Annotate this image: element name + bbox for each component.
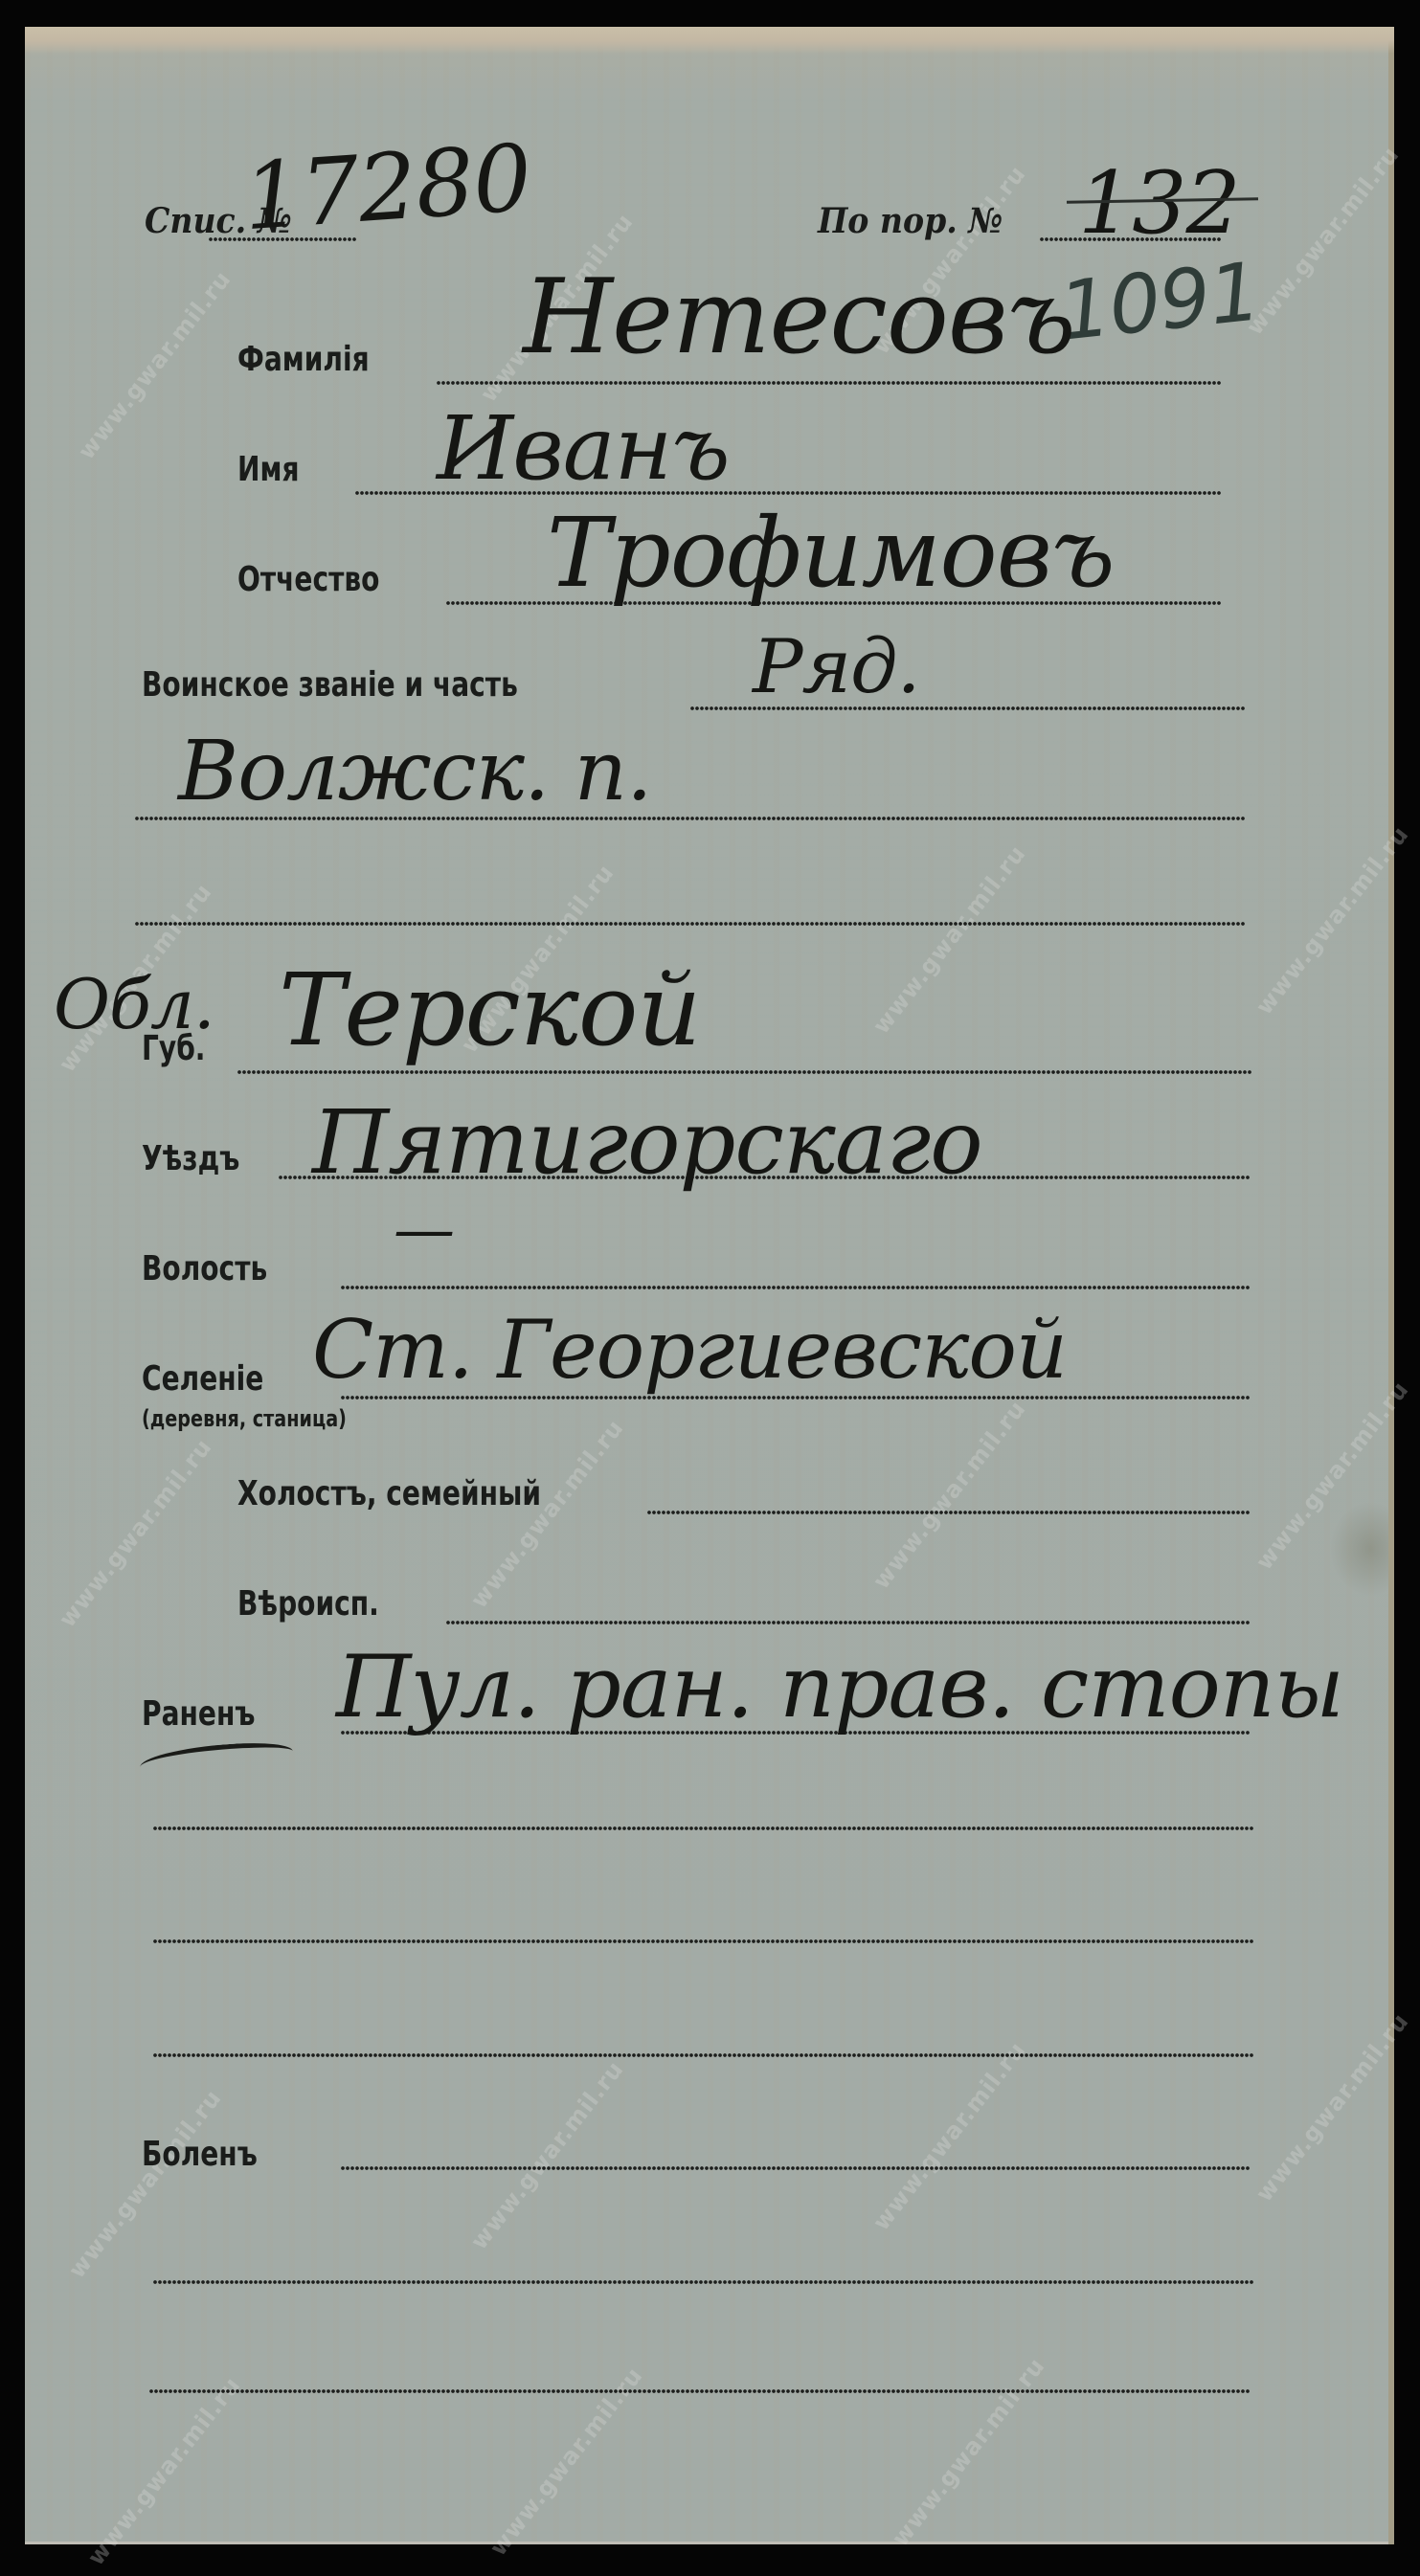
village-sublabel: (деревня, станица) <box>142 1405 347 1432</box>
religion-label: Вѣроисп. <box>237 1587 379 1622</box>
sick-extra-line-1 <box>153 2280 1254 2284</box>
watermark: www.gwar.mil.ru <box>73 266 237 465</box>
wounded-extra-line-3 <box>153 2053 1254 2057</box>
watermark: www.gwar.mil.ru <box>868 2037 1031 2236</box>
wounded-extra-line-2 <box>153 1939 1254 1943</box>
name-value[interactable]: Иванъ <box>437 405 730 493</box>
watermark: www.gwar.mil.ru <box>1251 1377 1414 1576</box>
rank-unit-label: Воинское званіе и часть <box>142 668 518 703</box>
watermark: www.gwar.mil.ru <box>465 2056 629 2255</box>
watermark: www.gwar.mil.ru <box>465 1415 629 1614</box>
watermark: www.gwar.mil.ru <box>1241 142 1405 341</box>
surname-label: Фамилія <box>237 343 370 377</box>
sequence-number-label: По пор. № <box>818 204 1003 238</box>
patronymic-value[interactable]: Трофимовъ <box>547 505 1115 601</box>
sick-label: Боленъ <box>142 2138 258 2172</box>
watermark: www.gwar.mil.ru <box>63 2085 227 2284</box>
marital-label: Холостъ, семейный <box>237 1477 541 1512</box>
name-label: Имя <box>237 453 299 487</box>
province-label: Губ. <box>142 1032 205 1066</box>
wounded-mark <box>139 1739 294 1778</box>
watermark: www.gwar.mil.ru <box>54 1434 217 1633</box>
unit-value[interactable]: Волжск. п. <box>178 730 651 813</box>
village-label: Селеніе <box>142 1362 263 1397</box>
volost-value[interactable]: — <box>394 1199 454 1261</box>
district-value[interactable]: Пятигорскаго <box>312 1099 982 1187</box>
watermark: www.gwar.mil.ru <box>887 2353 1050 2552</box>
volost-line <box>341 1286 1251 1289</box>
district-label: Уѣздъ <box>142 1142 239 1176</box>
rank-value[interactable]: Ряд. <box>753 630 919 705</box>
sick-extra-line-2 <box>149 2389 1251 2393</box>
marital-line <box>647 1511 1251 1514</box>
religion-line <box>446 1621 1251 1624</box>
watermark: www.gwar.mil.ru <box>868 840 1031 1040</box>
watermark: www.gwar.mil.ru <box>868 1396 1031 1595</box>
sequence-number-pencil-value[interactable]: 1091 <box>1055 251 1263 351</box>
card-top-edge <box>25 27 1394 54</box>
watermark: www.gwar.mil.ru <box>82 2372 246 2571</box>
wounded-value[interactable]: Пул. ран. прав. стопы <box>336 1645 1343 1731</box>
watermark: www.gwar.mil.ru <box>1251 821 1414 1020</box>
wounded-label: Раненъ <box>142 1697 255 1732</box>
wounded-extra-line-1 <box>153 1826 1254 1830</box>
record-card: www.gwar.mil.ru www.gwar.mil.ru www.gwar… <box>25 27 1394 2544</box>
watermark: www.gwar.mil.ru <box>1251 2008 1414 2207</box>
blank-line <box>135 922 1246 926</box>
sick-line <box>341 2166 1251 2170</box>
province-line <box>237 1070 1252 1074</box>
province-value[interactable]: Терской <box>279 960 700 1060</box>
surname-value[interactable]: Нетесовъ <box>523 266 1075 370</box>
list-number-value[interactable]: 17280 <box>240 132 533 244</box>
village-value[interactable]: Ст. Георгиевской <box>312 1310 1067 1390</box>
patronymic-label: Отчество <box>237 563 379 597</box>
sequence-number-struck-value[interactable]: 132 <box>1078 161 1240 247</box>
volost-label: Волость <box>142 1252 267 1287</box>
surname-line <box>437 381 1222 385</box>
